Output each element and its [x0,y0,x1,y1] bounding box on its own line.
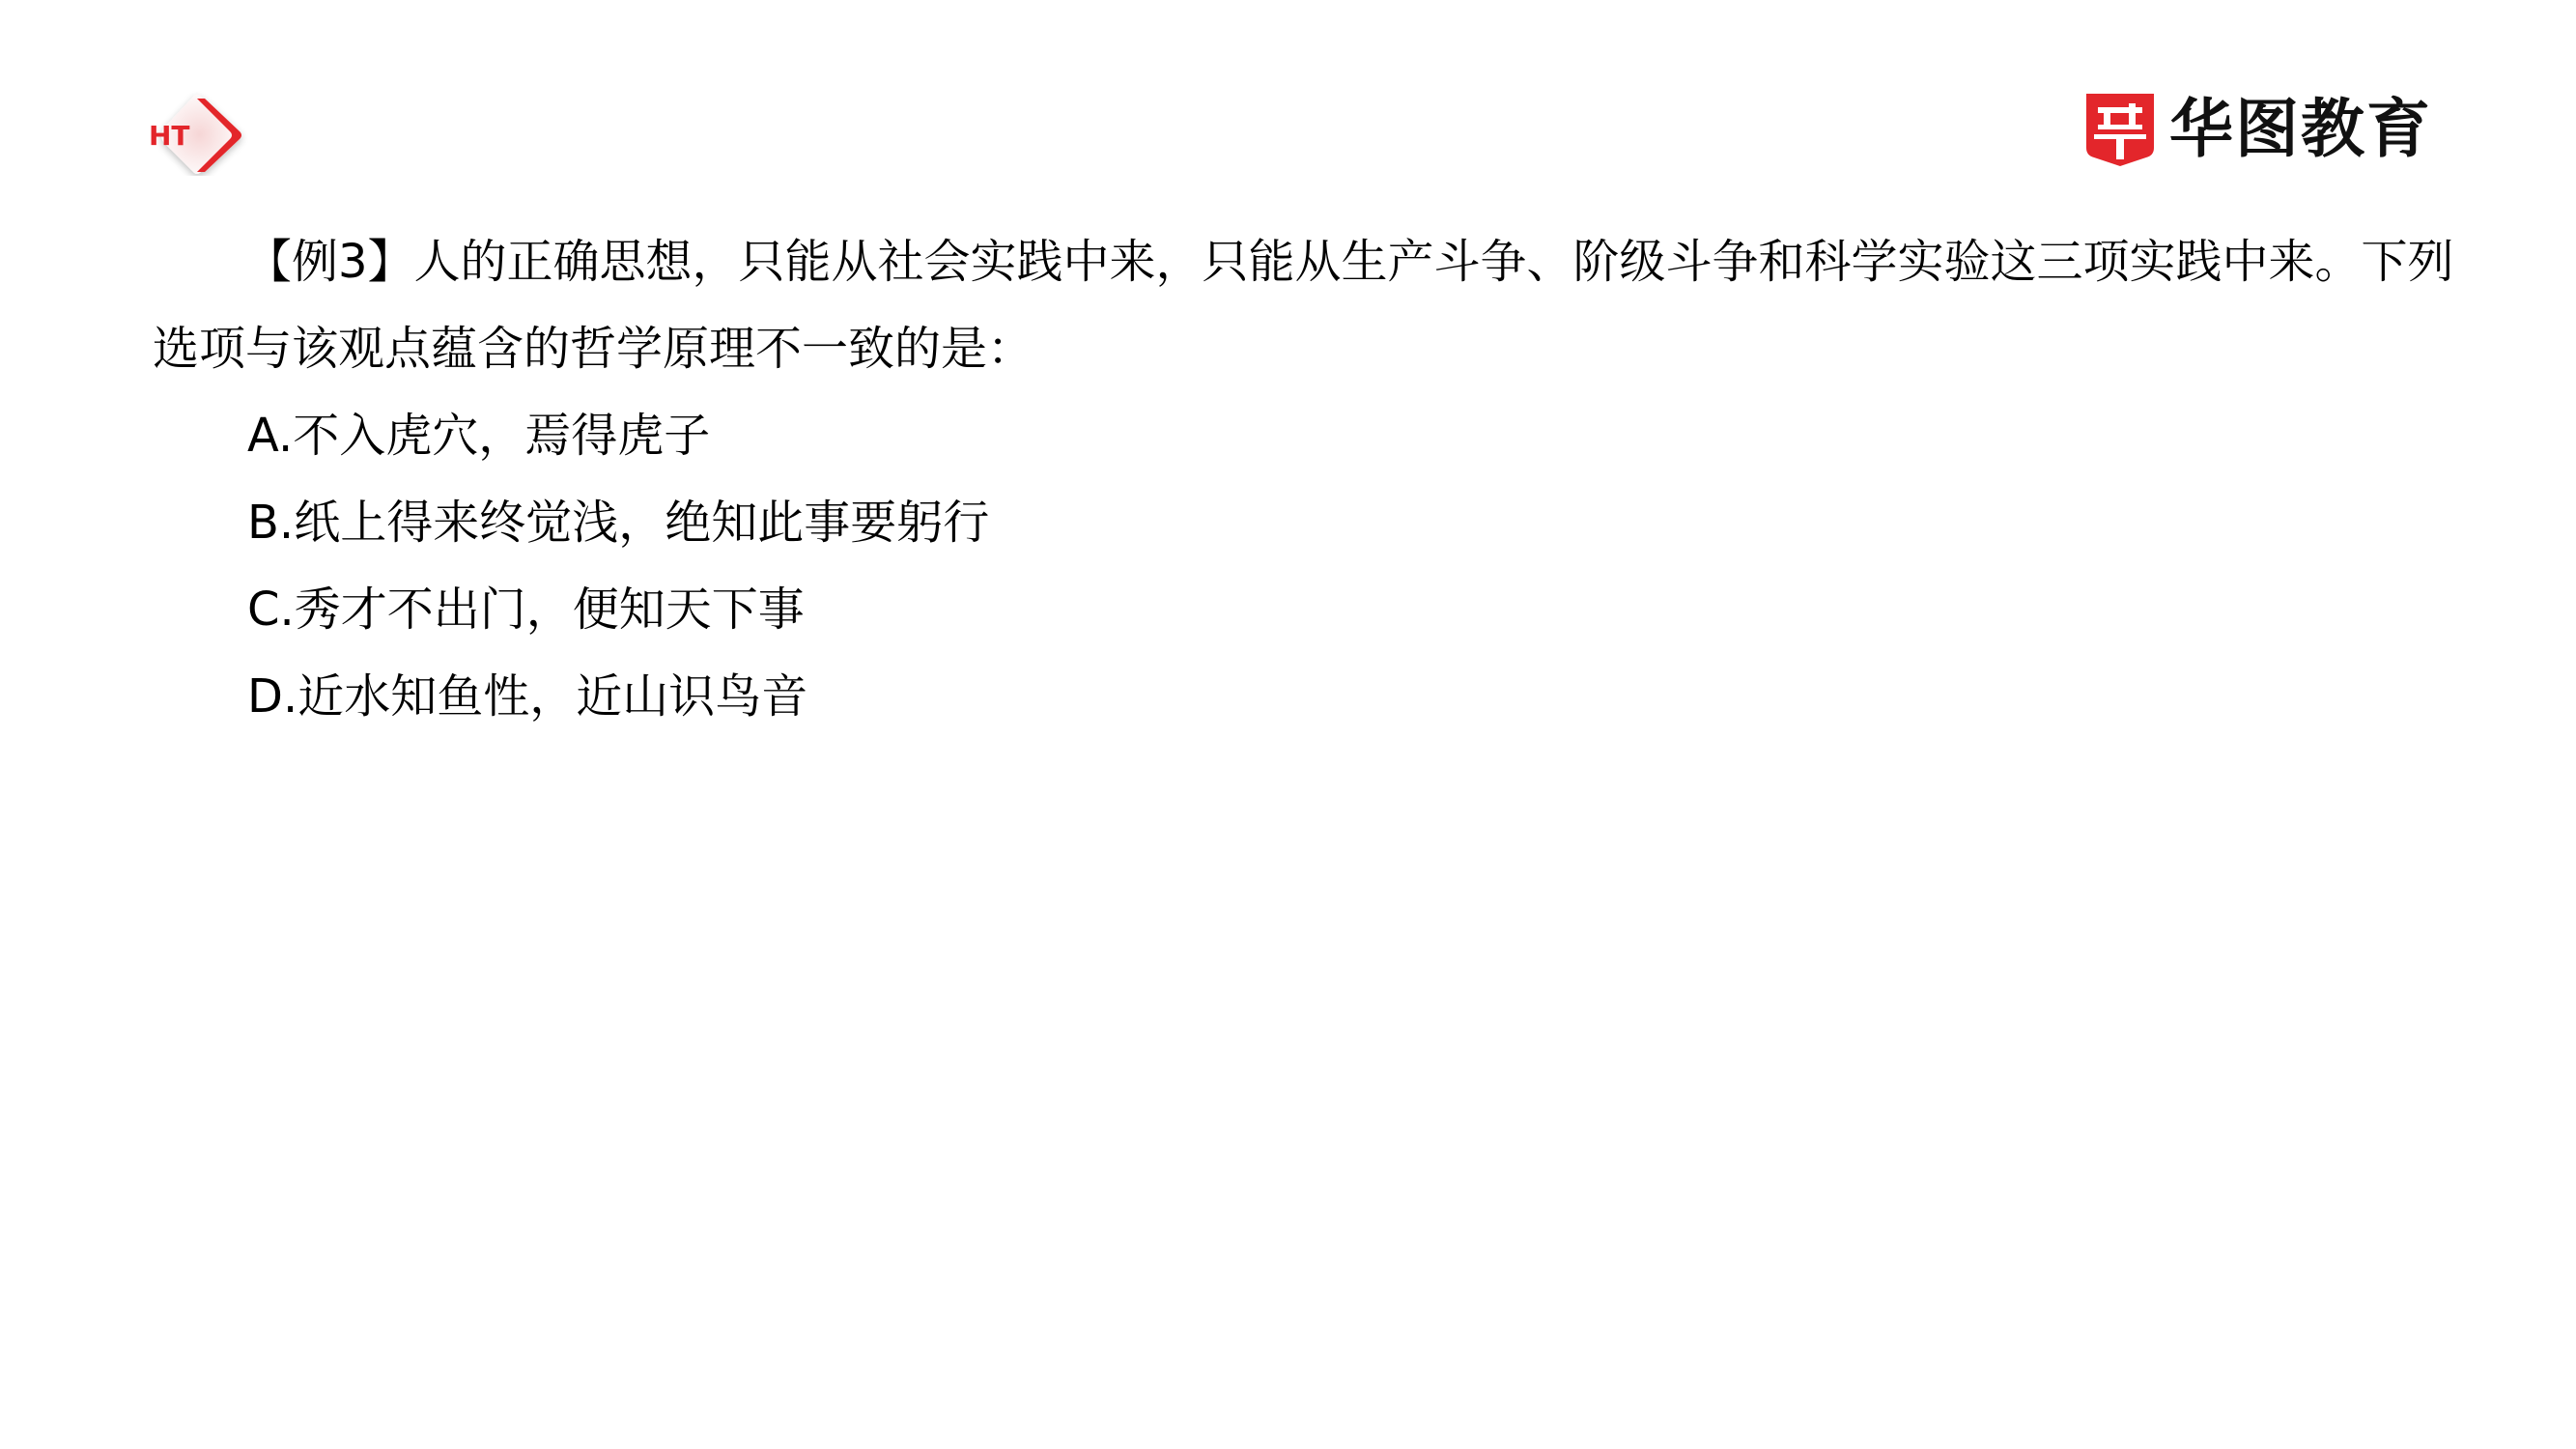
option-label: D. [247,669,297,724]
option-label: B. [247,496,294,550]
option-text: 近水知鱼性，近山识鸟音 [297,669,807,724]
huatu-shield-icon [2084,92,2156,167]
option-a: A.不入虎穴，焉得虎子 [153,392,2471,479]
question-block: 【例3】人的正确思想，只能从社会实践中来，只能从生产斗争、阶级斗争和科学实验这三… [153,218,2471,740]
question-stem: 【例3】人的正确思想，只能从社会实践中来，只能从生产斗争、阶级斗争和科学实验这三… [153,218,2471,392]
option-b: B.纸上得来终觉浅，绝知此事要躬行 [153,479,2471,566]
ht-logo-icon: HT [143,89,259,176]
ht-logo: HT [143,89,259,176]
option-label: C. [247,582,295,637]
option-list: A.不入虎穴，焉得虎子 B.纸上得来终觉浅，绝知此事要躬行 C.秀才不出门，便知… [153,392,2471,740]
option-text: 不入虎穴，焉得虎子 [293,409,710,463]
brand-name: 华图教育 [2169,98,2432,161]
option-label: A. [247,409,293,463]
option-c: C.秀才不出门，便知天下事 [153,566,2471,653]
svg-text:HT: HT [149,120,190,152]
brand-logo: 华图教育 [2084,91,2432,168]
option-text: 秀才不出门，便知天下事 [295,582,805,637]
option-text: 纸上得来终觉浅，绝知此事要躬行 [294,496,989,550]
option-d: D.近水知鱼性，近山识鸟音 [153,653,2471,740]
